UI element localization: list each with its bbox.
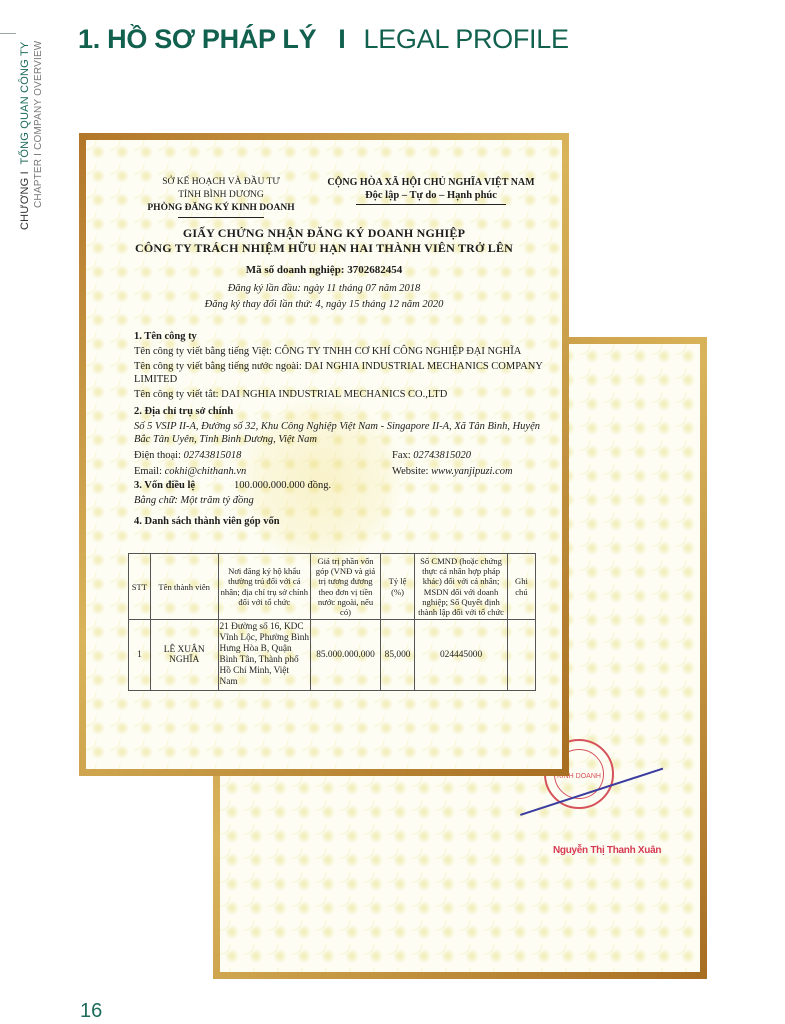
fax: 02743815020 bbox=[413, 450, 471, 461]
front-certificate-image: SỞ KẾ HOẠCH VÀ ĐẦU TƯ TỈNH BÌNH DƯƠNG PH… bbox=[79, 133, 569, 776]
registration-dates: Đăng ký lần đầu: ngày 11 tháng 07 năm 20… bbox=[86, 281, 562, 313]
phone: 02743815018 bbox=[184, 450, 242, 461]
title-vi: 1. HỒ SƠ PHÁP LÝ bbox=[78, 24, 316, 54]
chapter-label: CHƯƠNG I TỔNG QUAN CÔNG TY CHAPTER I COM… bbox=[19, 41, 45, 230]
section-capital: 3. Vốn điều lệ 100.000.000.000 đồng. bbox=[134, 479, 544, 492]
signer-name: Nguyễn Thị Thanh Xuân bbox=[553, 845, 661, 856]
section-members: 4. Danh sách thành viên góp vốn bbox=[134, 515, 544, 528]
email: cokhi@chithanh.vn bbox=[165, 466, 247, 477]
title-separator: I bbox=[338, 24, 345, 54]
national-header: CỘNG HÒA XÃ HỘI CHỦ NGHĨA VIỆT NAM Độc l… bbox=[316, 176, 546, 205]
side-rule bbox=[0, 33, 16, 34]
chapter-title: TỔNG QUAN CÔNG TY bbox=[19, 42, 31, 165]
certificate-title: GIẤY CHỨNG NHẬN ĐĂNG KÝ DOANH NGHIỆP CÔN… bbox=[86, 226, 562, 256]
registration-number: Mã số doanh nghiệp: 3702682454 bbox=[86, 264, 562, 276]
chapter-en: CHAPTER I COMPANY OVERVIEW bbox=[32, 41, 45, 230]
page-title: 1. HỒ SƠ PHÁP LÝILEGAL PROFILE bbox=[78, 22, 569, 56]
table-row: 1 LÊ XUÂN NGHĨA 21 Đường số 16, KDC Vĩnh… bbox=[129, 620, 536, 691]
table-header-row: STT Tên thành viên Nơi đăng ký hộ khẩu t… bbox=[129, 554, 536, 620]
section-company-name: 1. Tên công ty bbox=[134, 330, 544, 343]
page-number: 16 bbox=[80, 1000, 102, 1023]
issuer-block: SỞ KẾ HOẠCH VÀ ĐẦU TƯ TỈNH BÌNH DƯƠNG PH… bbox=[126, 176, 316, 218]
title-en: LEGAL PROFILE bbox=[364, 24, 569, 54]
charter-capital: 100.000.000.000 đồng. bbox=[234, 479, 331, 492]
website: www.yanjipuzi.com bbox=[431, 466, 512, 477]
section-address: 2. Địa chỉ trụ sở chính bbox=[134, 405, 544, 418]
chapter-prefix: CHƯƠNG I bbox=[19, 171, 31, 230]
members-table: STT Tên thành viên Nơi đăng ký hộ khẩu t… bbox=[128, 553, 536, 691]
certificate-body: 1. Tên công ty Tên công ty viết bằng tiế… bbox=[134, 326, 544, 528]
